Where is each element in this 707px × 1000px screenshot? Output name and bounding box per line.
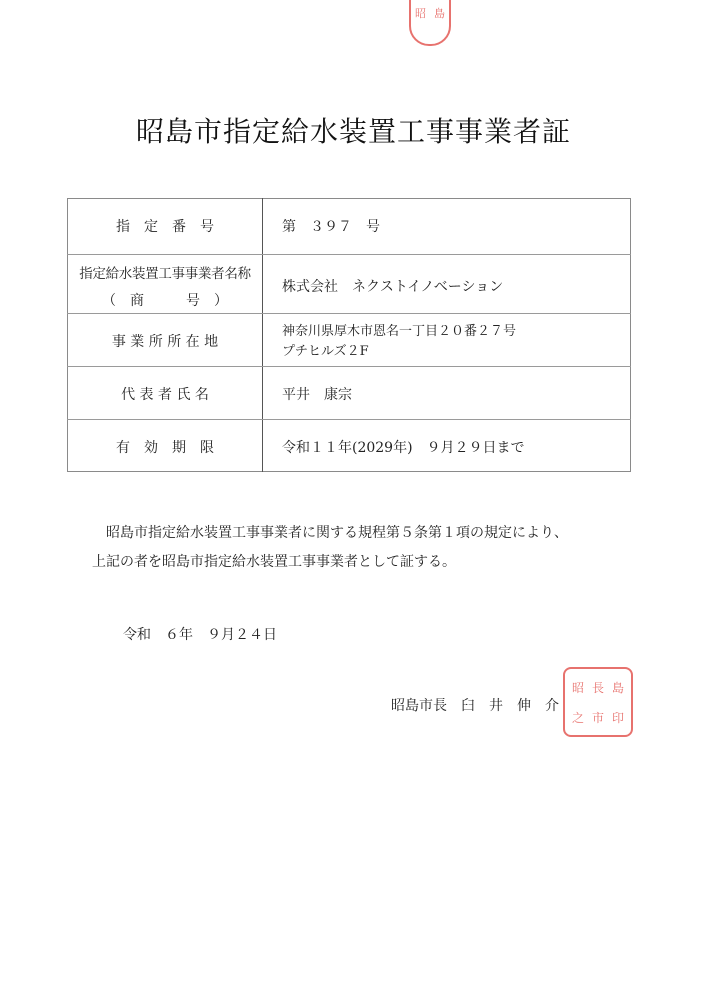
value-business-name: 株式会社 ネクストイノベーション — [282, 276, 503, 296]
issue-date: 令和 ６年 ９月２４日 — [123, 624, 277, 644]
seal-char: 昭 — [569, 679, 587, 696]
stamp-char: 昭 — [415, 5, 426, 21]
value-representative: 平井 康宗 — [282, 384, 352, 404]
label-office-address: 事 業 所 所 在 地 — [68, 331, 262, 351]
stamp-char: 島 — [434, 5, 445, 21]
document-title: 昭島市指定給水装置工事事業者証 — [0, 110, 707, 150]
seal-char: 長 — [589, 679, 607, 696]
seal-char: 之 — [569, 709, 587, 726]
seal-char: 市 — [589, 709, 607, 726]
certification-text-line2: 上記の者を昭島市指定給水装置工事事業者として証する。 — [92, 551, 456, 571]
label-business-name: 指定給水装置工事事業者名称 — [68, 262, 262, 282]
mayor-signature: 昭島市長 臼 井 伸 介 — [391, 695, 559, 715]
table-row-divider — [67, 366, 631, 367]
table-row-divider — [67, 419, 631, 420]
label-trade-name: （ 商 号 ） — [68, 290, 262, 310]
official-seal-stamp: 昭 長 島 之 市 印 — [563, 667, 633, 737]
label-representative: 代 表 者 氏 名 — [68, 384, 262, 404]
certification-text-line1: 昭島市指定給水装置工事事業者に関する規程第５条第１項の規定により、 — [106, 522, 568, 542]
value-office-address-line2: プチヒルズ２F — [282, 340, 369, 359]
registration-stamp-top: 昭 島 — [409, 0, 451, 46]
value-designation-number: 第 ３９７ 号 — [282, 216, 380, 236]
label-expiry: 有 効 期 限 — [68, 437, 262, 457]
table-column-divider — [262, 198, 263, 472]
value-office-address: 神奈川県厚木市恩名一丁目２０番２７号 — [282, 320, 516, 339]
seal-char: 印 — [609, 709, 627, 726]
table-row-divider — [67, 254, 631, 255]
label-designation-number: 指 定 番 号 — [68, 216, 262, 236]
seal-char: 島 — [609, 679, 627, 696]
value-expiry: 令和１１年(2029年) ９月２９日まで — [282, 437, 525, 457]
table-row-divider — [67, 313, 631, 314]
